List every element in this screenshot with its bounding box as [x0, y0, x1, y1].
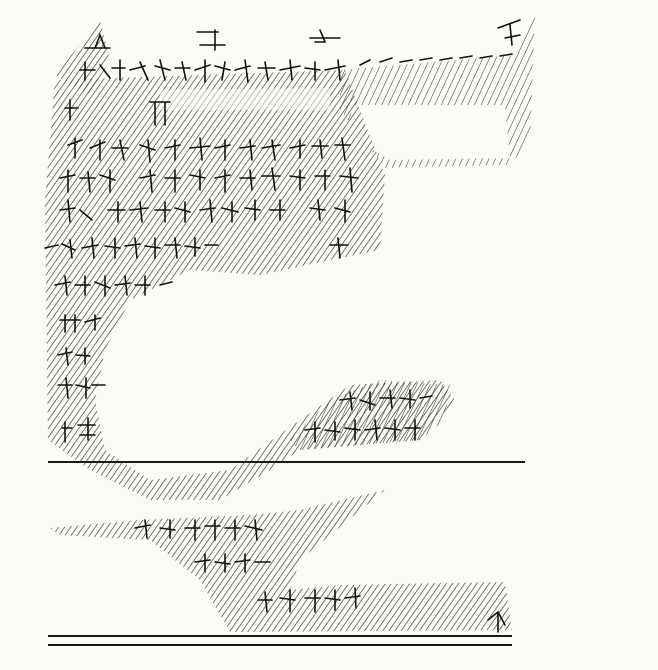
tablet-drawing: Cuneiform tablet hand copy (line drawing…	[0, 0, 658, 670]
tablet-svg	[0, 0, 658, 670]
damage-hatching	[45, 15, 535, 632]
